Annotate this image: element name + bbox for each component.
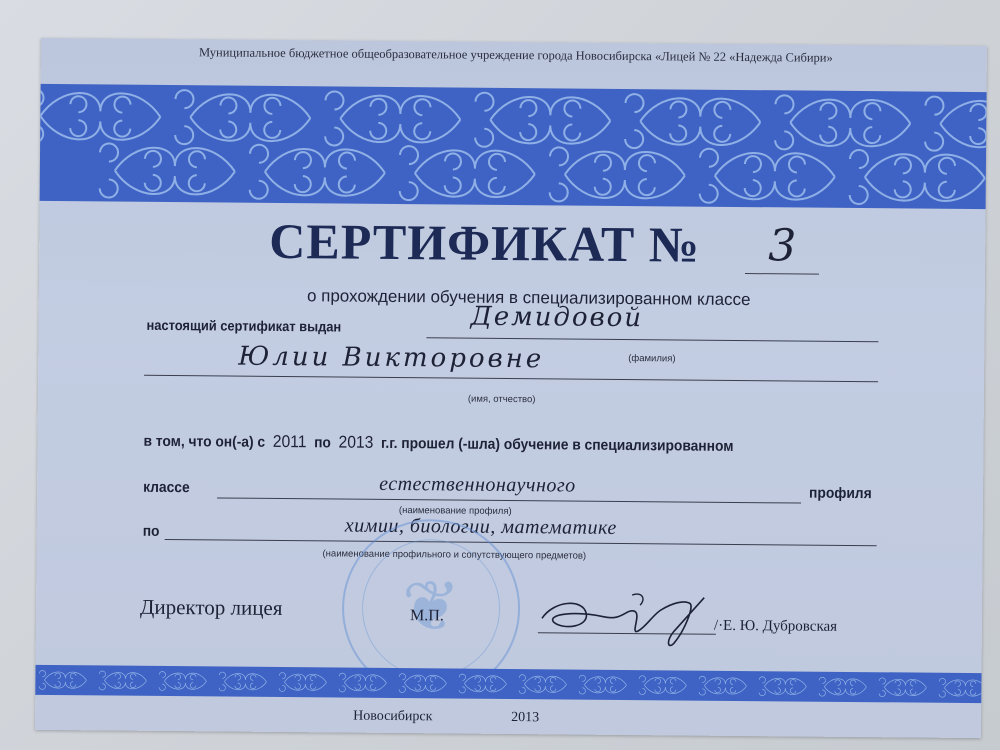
profile-suffix: профиля: [809, 485, 872, 503]
period-middle: по: [314, 434, 331, 451]
coat-of-arms-icon: ❦: [392, 561, 471, 652]
subjects-label: по: [143, 523, 160, 540]
ornamental-band-top: [40, 84, 987, 209]
period-prefix: в том, что он(-а) с: [143, 433, 265, 451]
year-to: 2013: [338, 432, 373, 451]
profile-value: естественнонаучного: [379, 473, 576, 498]
subjects-line: [165, 539, 877, 546]
certificate-title: СЕРТИФИКАТ №: [269, 212, 700, 274]
city: Новосибирск: [353, 709, 432, 726]
class-label: классе: [143, 479, 190, 496]
year: 2013: [511, 710, 539, 726]
organization-header: Муниципальное бюджетное общеобразователь…: [81, 44, 951, 67]
surname-value: Демидовой: [470, 302, 643, 334]
certificate-number: 3: [745, 219, 819, 275]
year-from: 2011: [273, 432, 307, 451]
certificate-paper: Муниципальное бюджетное общеобразователь…: [35, 38, 987, 738]
ornament-pattern-icon: [40, 84, 987, 209]
ornamental-band-bottom: [35, 665, 981, 703]
name-caption: (имя, отчество): [468, 394, 536, 406]
director-label: Директор лицея: [140, 595, 283, 621]
name-line: [144, 375, 878, 382]
director-name: /·Е. Ю. Дубровская: [714, 618, 837, 636]
signature-icon: [534, 590, 725, 652]
surname-caption: (фамилия): [628, 353, 675, 364]
seal-label: М.П.: [410, 607, 444, 625]
surname-line: [426, 337, 878, 342]
ornament-pattern-icon: [35, 665, 981, 703]
profile-line: [217, 497, 801, 503]
issued-to-label: настоящий сертификат выдан: [146, 317, 341, 335]
period-sentence: в том, что он(-а) с 2011 по 2013 г.г. пр…: [143, 431, 971, 458]
period-suffix: г.г. прошел (-шла) обучение в специализи…: [381, 435, 734, 455]
name-patronymic-value: Юлии Викторовне: [238, 342, 544, 375]
